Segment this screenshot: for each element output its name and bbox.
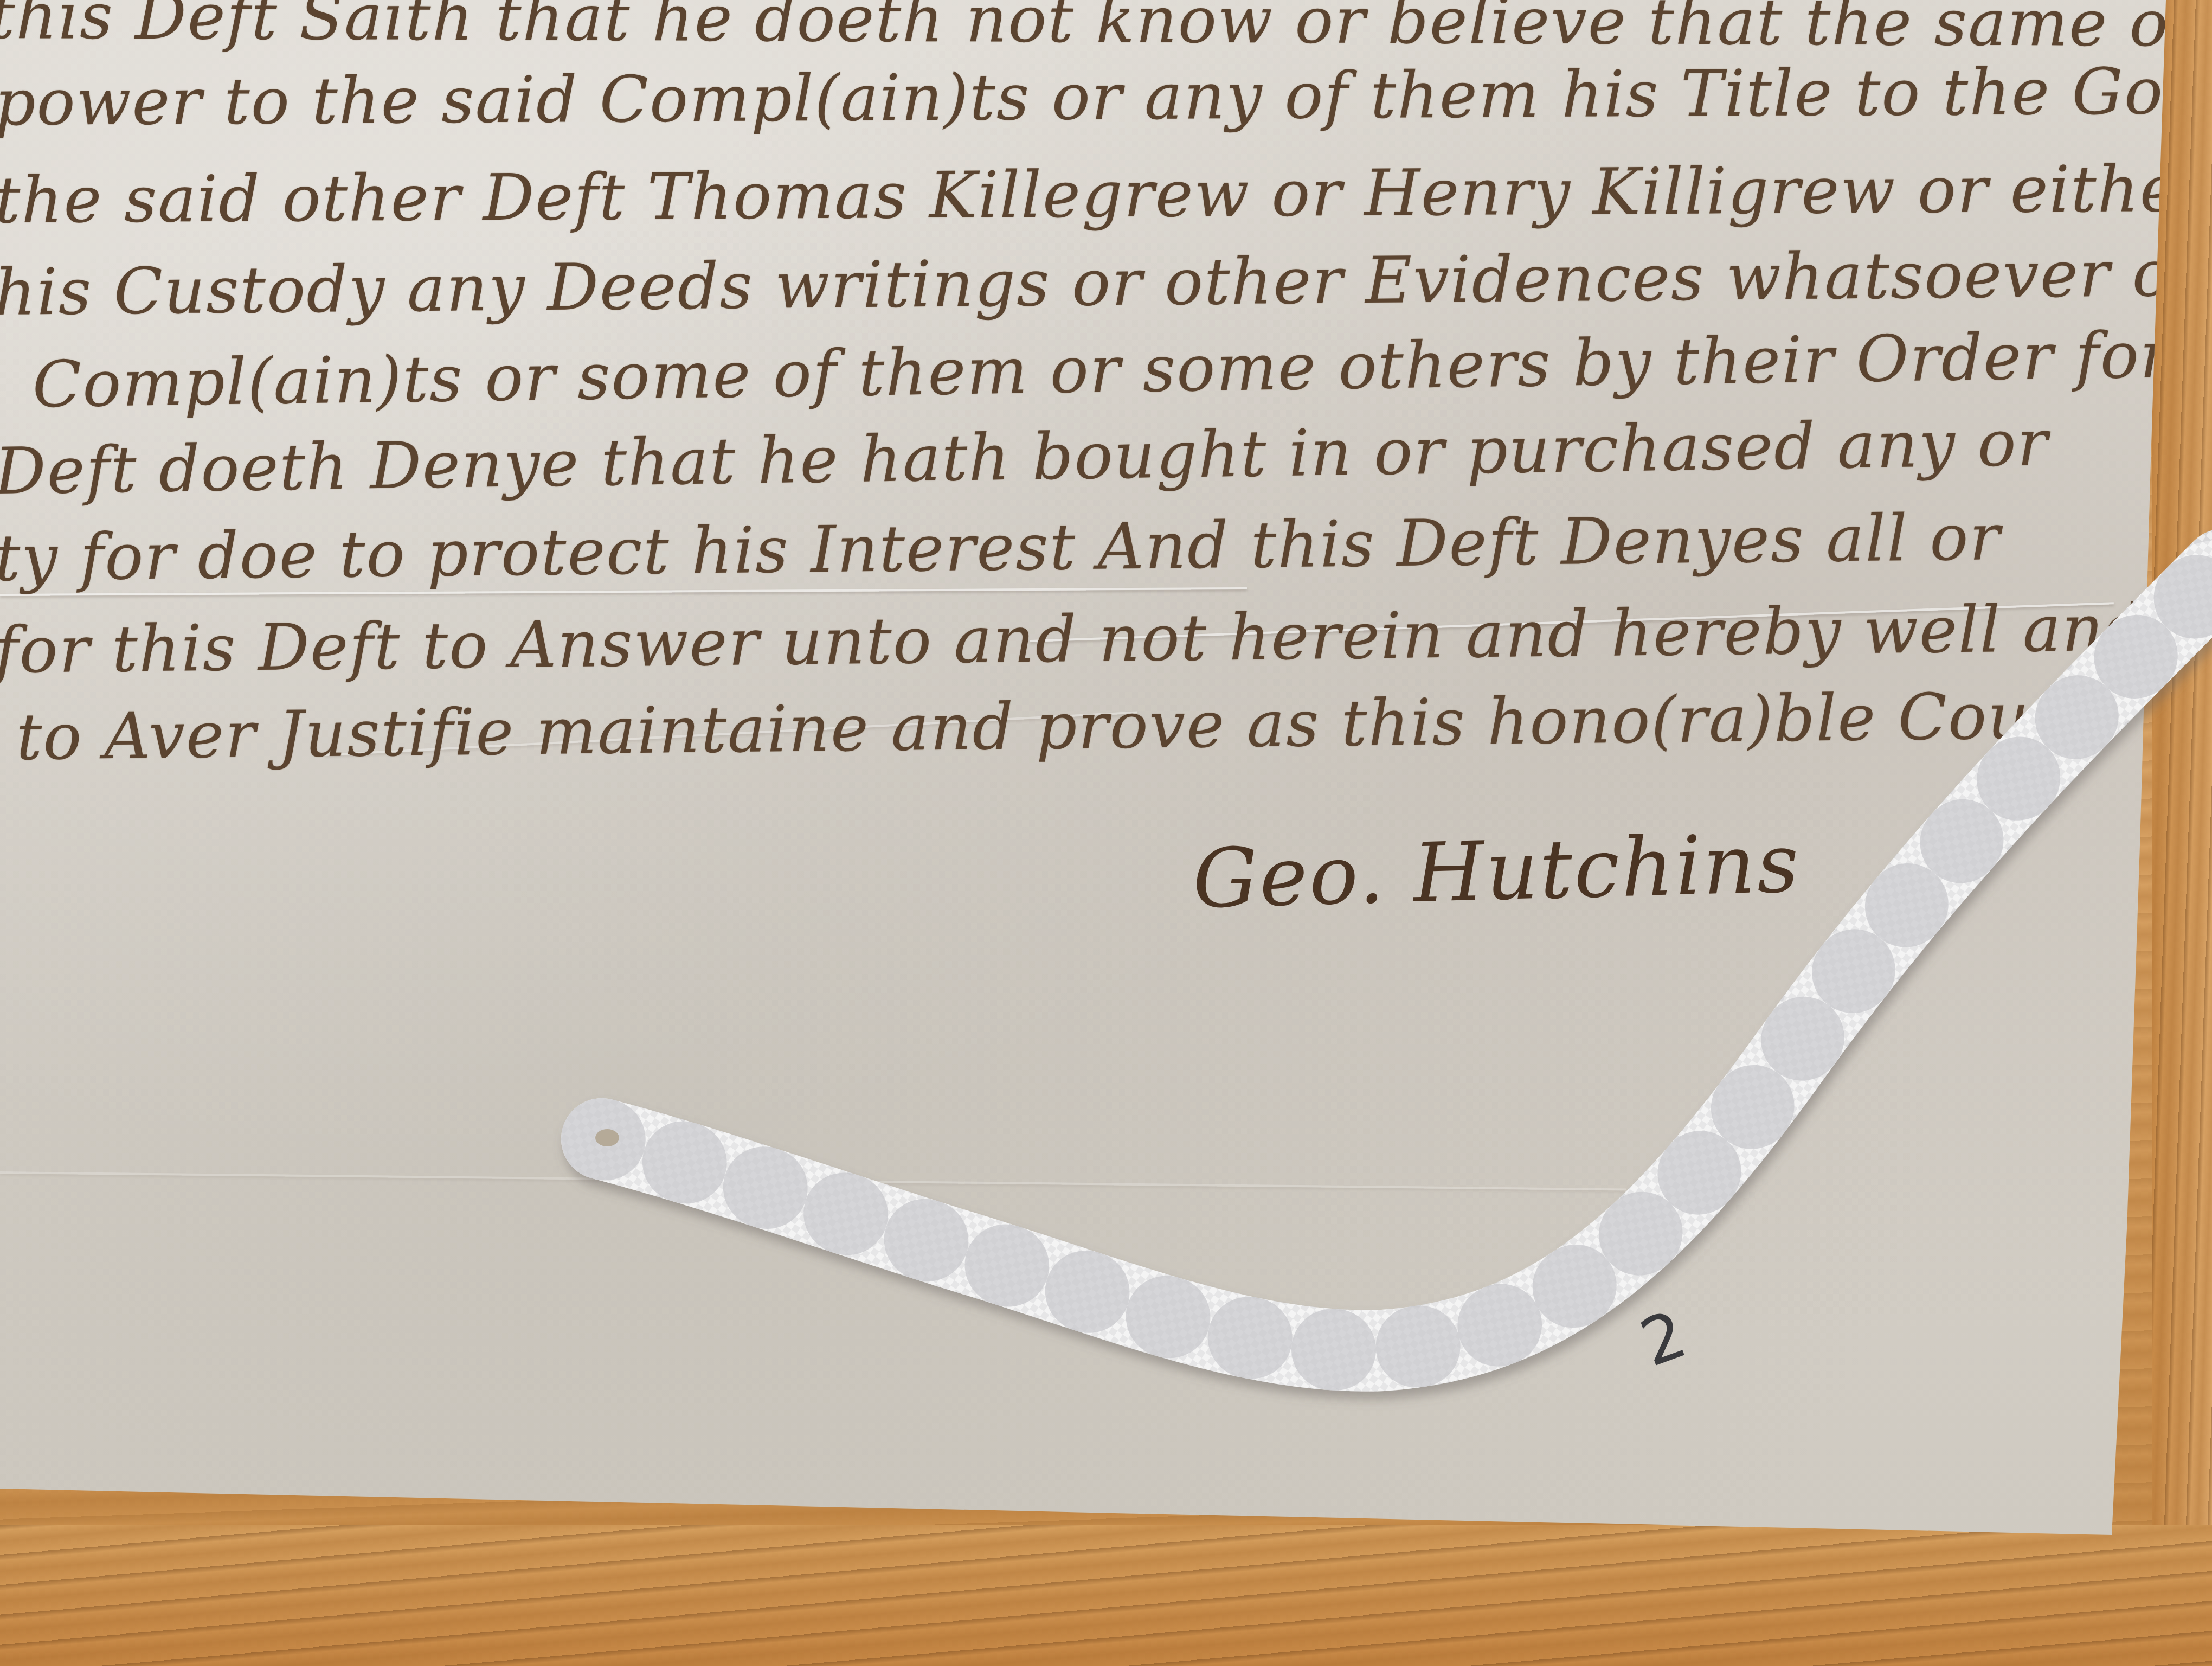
text-line: his Custody any Deeds writings or other … xyxy=(0,235,2204,330)
text-line: power to the said Compl(ain)ts or any of… xyxy=(0,52,2212,140)
text-line: Deft doeth Denye that he hath bought in … xyxy=(0,405,2049,509)
text-line: Compl(ain)ts or some of them or some oth… xyxy=(32,317,2172,422)
parchment-sheet: this Deft Saith that he doeth not know o… xyxy=(0,0,2166,1535)
text-line: ty for doe to protect his Interest And t… xyxy=(0,499,2002,595)
signature: Geo. Hutchins xyxy=(1192,816,1802,926)
wooden-table-surface-bottom xyxy=(0,1525,2212,1666)
text-line: the said other Deft Thomas Killegrew or … xyxy=(0,151,2210,238)
text-line: to Aver Justifie maintaine and prove as … xyxy=(16,678,2088,774)
text-line: this Deft Saith that he doeth not know o… xyxy=(0,0,2201,61)
pencil-annotation: 2 xyxy=(1631,1297,1696,1382)
fold-crease xyxy=(0,1171,1626,1190)
text-line: for this Deft to Answer unto and not her… xyxy=(0,590,2146,688)
wooden-table-surface-right xyxy=(2152,0,2212,1573)
